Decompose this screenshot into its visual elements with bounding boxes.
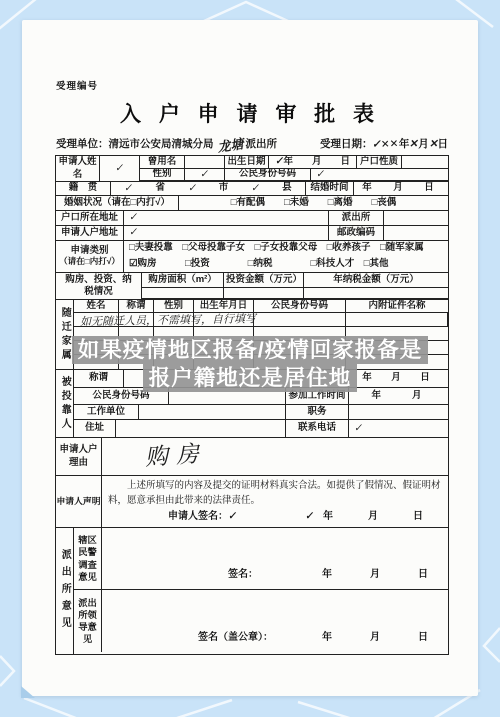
id-number-value: ✓ — [311, 169, 448, 180]
family-col-dob: 出生年月日 — [194, 300, 254, 312]
form-title: 入 户 申 请 审 批 表 — [22, 98, 478, 128]
purchase-area-label: 购房面积（m²） — [142, 273, 224, 287]
caption-line-2: 报户籍地还是居住地 — [143, 364, 358, 392]
leader-opinion-block: 派出所领导意见 签名（盖公章）： 年 月 日 — [74, 590, 448, 652]
former-name-value — [185, 156, 225, 168]
row-origin: 籍 贯 ✓省 ✓市 ✓县 结婚时间 年 月 日 — [56, 182, 448, 196]
duty-label: 职务 — [286, 405, 349, 419]
accept-date-label: 受理日期： — [320, 136, 373, 151]
host-employer-row: 工作单位 职务 — [74, 405, 448, 420]
host-address-row: 住址 联系电话 ✓ — [74, 420, 448, 437]
officer-opinion-label: 辖区民警调查意见 — [74, 528, 102, 589]
economic-value-row — [142, 288, 448, 299]
row-applicant-top: 曾用名 出生日期 ✓年 月 日 户口性质 — [140, 156, 448, 169]
row-apply-address: 申请人户地址 ✓ 邮政编码 — [56, 226, 448, 241]
accept-date-unit-month: 月 — [418, 136, 429, 151]
screenshot-root: { "colors":{"background":"#c9e3f8","page… — [0, 0, 500, 717]
leader-opinion-body: 签名（盖公章）： 年 月 日 — [102, 590, 448, 652]
host-address-label: 住址 — [74, 420, 116, 437]
hukou-type-label: 户口性质 — [357, 156, 402, 168]
host-address-value — [116, 420, 286, 437]
zip-value — [384, 226, 448, 240]
accept-number-label: 受理编号 — [56, 78, 98, 92]
dob-label: 出生日期 — [225, 156, 269, 168]
officer-opinion-block: 辖区民警调查意见 签名： 年 月 日 — [74, 528, 448, 590]
unit-handwritten-station: 龙塘 — [216, 133, 244, 155]
former-name-label: 曾用名 — [140, 156, 185, 168]
hukou-address-value: ✓ — [124, 211, 329, 225]
category-options-block: □夫妻投靠 □父母投靠子女 □子女投靠父母 □收养孩子 □随军家属 ☑购房 □投… — [124, 241, 448, 272]
employer-label: 工作单位 — [74, 405, 139, 419]
gender-label: 性别 — [140, 169, 185, 180]
zip-label: 邮政编码 — [329, 226, 384, 240]
reason-handwritten: 购房 — [144, 441, 208, 472]
tax-amount-label: 年纳税金额（万元） — [304, 273, 448, 287]
sign-label-group: 申请人签名：✓ — [168, 511, 236, 523]
row-hukou-address: 户口所在地址 ✓ 派出所 — [56, 211, 448, 226]
invest-amount-label: 投资金额（万元） — [224, 273, 304, 287]
family-col-name: 姓名 — [74, 300, 119, 312]
gender-value: ✓ — [185, 169, 225, 180]
row-applicant-bottom: 性别 ✓ 公民身份号码 ✓ — [140, 169, 448, 181]
apply-address-label: 申请人户地址 — [56, 226, 124, 240]
phone-value: ✓ — [349, 420, 448, 437]
accepting-unit-line: 受理单位： 清远市公安局清城分局 龙塘 派出所 受理日期： ✓×× 年 ✕ 月 … — [56, 132, 448, 151]
caption-overlay: 如果疫情地区报备/疫情回家报备是 报户籍地还是居住地 — [0, 336, 500, 392]
unit-label: 受理单位： — [56, 136, 109, 151]
application-table: 申请人姓名 ✓ 曾用名 出生日期 ✓年 月 日 户口性质 性别 ✓ 公民身份号码 — [55, 155, 449, 655]
section-police-opinion: 派出所意见 辖区民警调查意见 签名： 年 月 日 派出所领导意见 — [56, 528, 448, 654]
applicant-name-value: ✓ — [100, 156, 140, 181]
officer-opinion-body: 签名： 年 月 日 — [102, 528, 448, 589]
leader-sign-line: 签名（盖公章）： 年 月 日 — [132, 632, 434, 644]
applicant-right-block: 曾用名 出生日期 ✓年 月 日 户口性质 性别 ✓ 公民身份号码 ✓ — [140, 156, 448, 181]
accept-date-hand-year: ✓×× — [372, 137, 399, 150]
caption-line-1: 如果疫情地区报备/疫情回家报备是 — [72, 336, 428, 364]
accept-date-hand-day: ✕ — [428, 138, 437, 150]
leader-opinion-label: 派出所领导意见 — [74, 590, 102, 652]
station-label: 派出所 — [329, 211, 384, 225]
accept-date-hand-month: ✕ — [409, 138, 418, 150]
origin-value: ✓省 ✓市 ✓县 — [111, 182, 306, 195]
category-label: 申请类别 （请在□内打√） — [56, 241, 124, 272]
row-category: 申请类别 （请在□内打√） □夫妻投靠 □父母投靠子女 □子女投靠父母 □收养孩… — [56, 241, 448, 273]
accept-date-unit-day: 日 — [438, 136, 449, 151]
declaration-sign-line: 申请人签名：✓ ✓ 年 月 日 — [108, 511, 442, 524]
economic-label: 购房、投资、纳税情况 — [56, 273, 142, 299]
reason-label: 申请人户理由 — [56, 438, 102, 475]
hukou-address-label: 户口所在地址 — [56, 211, 124, 225]
id-number-label: 公民身份号码 — [225, 169, 311, 180]
economic-cols: 购房面积（m²） 投资金额（万元） 年纳税金额（万元） — [142, 273, 448, 299]
phone-label: 联系电话 — [286, 420, 349, 437]
station-value — [384, 211, 448, 225]
declaration-body: 上述所填写的内容及提交的证明材料真实合法。如提供了假情况、假证明材料，愿意承担由… — [102, 476, 448, 527]
police-blocks: 辖区民警调查意见 签名： 年 月 日 派出所领导意见 签名（盖公章）： 年 月 — [74, 528, 448, 654]
unit-suffix: 派出所 — [246, 136, 278, 151]
row-economic: 购房、投资、纳税情况 购房面积（m²） 投资金额（万元） 年纳税金额（万元） — [56, 273, 448, 300]
sign-date-group: ✓ 年 月 日 — [305, 511, 428, 523]
reason-value: 购房 — [102, 438, 448, 475]
marital-label: 婚姻状况（请在□内打√） — [56, 196, 179, 210]
row-declaration: 申请人声明 上述所填写的内容及提交的证明材料真实合法。如提供了假情况、假证明材料… — [56, 476, 448, 528]
economic-header-row: 购房面积（m²） 投资金额（万元） 年纳税金额（万元） — [142, 273, 448, 288]
declaration-text: 上述所填写的内容及提交的证明材料真实合法。如提供了假情况、假证明材料，愿意承担由… — [108, 479, 442, 508]
unit-value: 清远市公安局清城分局 — [109, 136, 214, 151]
invest-amount-value — [224, 288, 304, 298]
dob-value: ✓年 月 日 — [269, 156, 357, 168]
employer-value — [139, 405, 286, 419]
duty-value — [349, 405, 448, 419]
tax-amount-value — [304, 288, 448, 298]
family-note-row: 如无随迁人员，不需填写，自行填写 — [74, 313, 448, 327]
apply-address-value: ✓ — [124, 226, 329, 240]
marital-options: □有配偶 □未婚 □离婚 □丧偶 — [179, 196, 448, 210]
page-corner-fold — [21, 686, 35, 698]
row-applicant: 申请人姓名 ✓ 曾用名 出生日期 ✓年 月 日 户口性质 性别 ✓ 公民身份号码 — [56, 156, 448, 182]
family-col-gender: 性别 — [154, 300, 194, 312]
origin-label: 籍 贯 — [56, 182, 111, 195]
row-reason: 申请人户理由 购房 — [56, 438, 448, 476]
family-col-relation: 称谓 — [119, 300, 154, 312]
applicant-name-label: 申请人姓名 — [56, 156, 100, 181]
officer-sign-line: 签名： 年 月 日 — [132, 569, 434, 581]
marriage-time-label: 结婚时间 — [306, 182, 354, 195]
row-marital: 婚姻状况（请在□内打√） □有配偶 □未婚 □离婚 □丧偶 — [56, 196, 448, 211]
marriage-time-value: 年 月 日 — [354, 182, 448, 195]
category-options-line2: ☑购房 □投资 □纳税 □科技人才 □其他 — [124, 257, 448, 273]
police-side-label: 派出所意见 — [56, 528, 74, 654]
declaration-label: 申请人声明 — [56, 476, 102, 527]
category-options-line1: □夫妻投靠 □父母投靠子女 □子女投靠父母 □收养孩子 □随军家属 — [124, 241, 448, 257]
family-col-id: 公民身份号码 — [254, 300, 346, 312]
hukou-type-value — [402, 156, 448, 168]
purchase-area-value — [142, 288, 224, 298]
